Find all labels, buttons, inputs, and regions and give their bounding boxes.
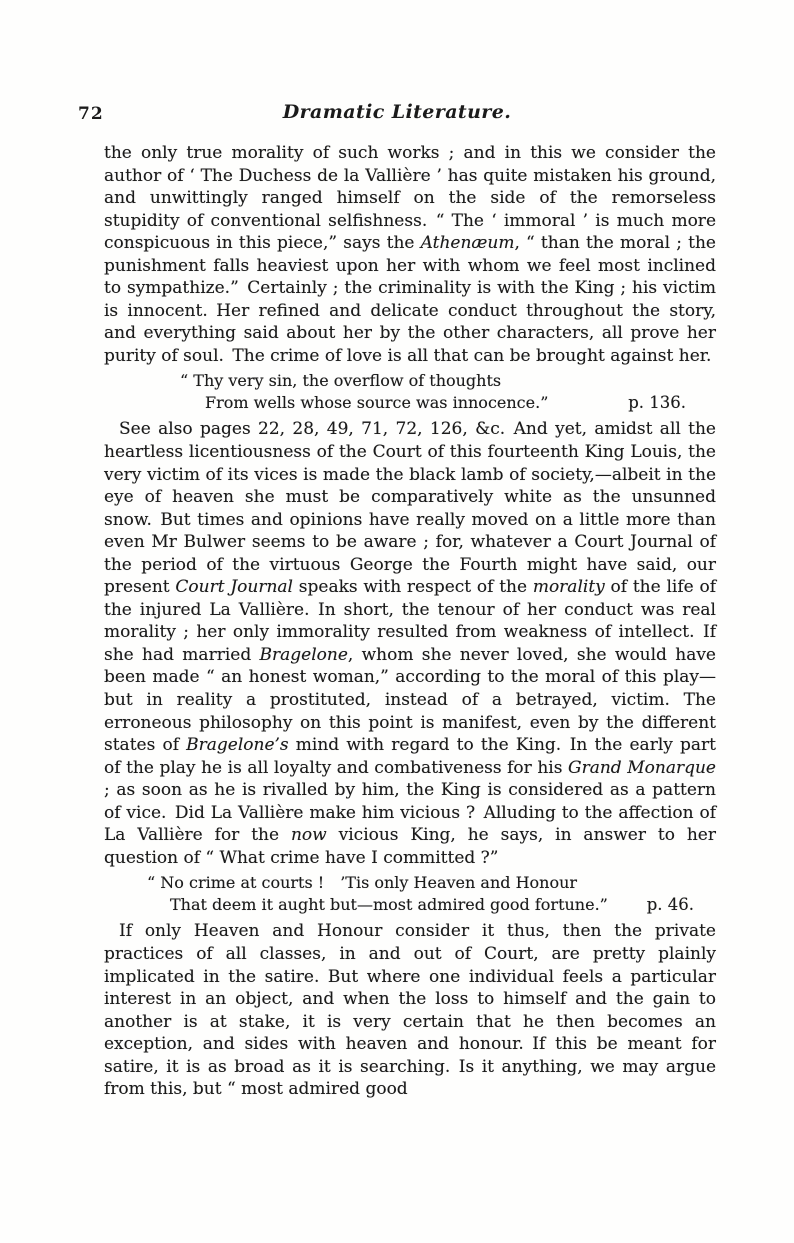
page-reference: p. 46. [647, 894, 694, 916]
verse-quote: “ No crime at courts ! ’Tis only Heaven … [104, 872, 716, 916]
verse-line: “ No crime at courts ! ’Tis only Heaven … [104, 872, 716, 894]
page-body: the only true morality of such works ; a… [104, 142, 716, 1101]
paragraph: If only Heaven and Honour consider it th… [104, 920, 716, 1100]
book-page: 72 Dramatic Literature. the only true mo… [0, 0, 794, 1243]
running-title: Dramatic Literature. [78, 101, 716, 123]
verse-line: That deem it aught but—most admired good… [104, 894, 716, 916]
verse-quote: “ Thy very sin, the overflow of thoughts… [104, 370, 716, 414]
page-reference: p. 136. [628, 392, 686, 414]
paragraph: the only true morality of such works ; a… [104, 142, 716, 367]
verse-line: From wells whose source was innocence.” [104, 392, 716, 414]
page-header: 72 Dramatic Literature. [78, 101, 716, 127]
paragraph: See also pages 22, 28, 49, 71, 72, 126, … [104, 418, 716, 869]
verse-line: “ Thy very sin, the overflow of thoughts [104, 370, 716, 392]
